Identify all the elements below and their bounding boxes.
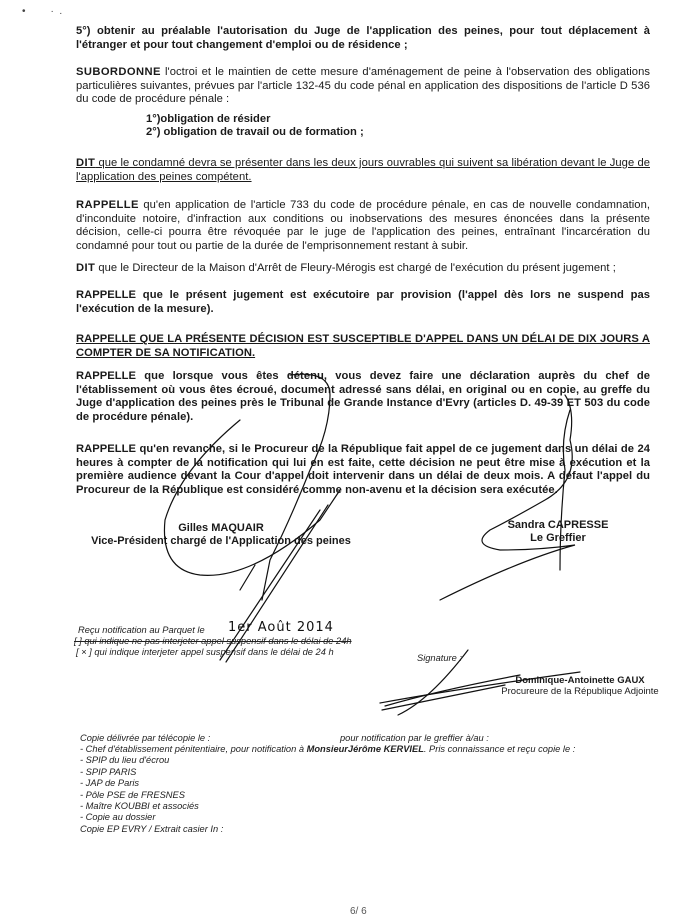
judge-title: Vice-Président chargé de l'Application d… — [76, 535, 366, 548]
subordonne-lead: SUBORDONNE — [76, 66, 161, 78]
notification-label: pour notification par le greffier à/au : — [340, 733, 489, 744]
dit-lead-1: DIT — [76, 157, 95, 169]
dit-text-2: que le Directeur de la Maison d'Arrêt de… — [95, 262, 616, 274]
distribution-item: - SPIP du lieu d'écrou — [80, 755, 575, 766]
distribution-item: - Maître KOUBBI et associés — [80, 801, 575, 812]
clerk-signature-block: Sandra CAPRESSE Le Greffier — [488, 519, 628, 545]
parquet-option-1: [ ] qui indique ne pas interjeter appel … — [74, 636, 352, 647]
recipient-name: MonsieurJérôme KERVIEL — [307, 744, 424, 754]
prosecutor-name: Dominique-Antoinette GAUX — [495, 675, 665, 686]
page-number: 6/ 6 — [350, 906, 367, 917]
parquet-option-2: [ × ] qui indique interjeter appel suspe… — [76, 647, 334, 658]
obligation-1: 1°)obligation de résider — [146, 113, 270, 127]
clerk-name: Sandra CAPRESSE — [488, 519, 628, 532]
judge-name: Gilles MAQUAIR — [76, 522, 366, 535]
clause-5: 5°) obtenir au préalable l'autorisation … — [76, 25, 650, 52]
distribution-item: - SPIP PARIS — [80, 767, 575, 778]
checked-box: [ × ] — [76, 647, 92, 657]
rappelle-paragraph-3: RAPPELLE QUE LA PRÉSENTE DÉCISION EST SU… — [76, 333, 650, 360]
distribution-item: - Pôle PSE de FRESNES — [80, 790, 575, 801]
signature-label: Signature : — [417, 653, 462, 664]
parquet-received-label: Reçu notification au Parquet le — [78, 625, 205, 636]
distribution-item-text: - Chef d'établissement pénitentiaire, po… — [80, 744, 307, 754]
dit-text-1: que le condamné devra se présenter dans … — [76, 157, 650, 183]
rappelle-paragraph-5: RAPPELLE qu'en revanche, si le Procureur… — [76, 443, 650, 497]
fax-copy-label: Copie délivrée par télécopie le : — [80, 733, 210, 744]
handwritten-date: 1er Août 2014 — [228, 620, 334, 635]
distribution-item: - JAP de Paris — [80, 778, 575, 789]
prosecutor-title: Procureure de la République Adjointe — [495, 686, 665, 697]
obligation-2: 2°) obligation de travail ou de formatio… — [146, 126, 364, 140]
dit-paragraph-2: DIT que le Directeur de la Maison d'Arrê… — [76, 262, 650, 276]
distribution-footer: Copie EP EVRY / Extrait casier In : — [80, 824, 575, 835]
distribution-item: - Chef d'établissement pénitentiaire, po… — [80, 744, 575, 755]
subordonne-text: l'octroi et le maintien de cette mesure … — [76, 66, 650, 105]
document-page: • · . 5°) obtenir au préalable l'autoris… — [0, 0, 673, 922]
rappelle-text-1: qu'en application de l'article 733 du co… — [76, 199, 650, 252]
judge-signature-block: Gilles MAQUAIR Vice-Président chargé de … — [76, 522, 366, 548]
distribution-list: - Chef d'établissement pénitentiaire, po… — [80, 744, 575, 835]
parquet-option-2-text: qui indique interjeter appel suspensif d… — [92, 647, 334, 657]
dit-paragraph-1: DIT que le condamné devra se présenter d… — [76, 157, 650, 184]
prosecutor-signature-block: Dominique-Antoinette GAUX Procureure de … — [495, 675, 665, 697]
distribution-item-suffix: . Pris connaissance et reçu copie le : — [424, 744, 575, 754]
dit-lead-2: DIT — [76, 262, 95, 274]
clerk-title: Le Greffier — [488, 532, 628, 545]
rappelle-paragraph-1: RAPPELLE qu'en application de l'article … — [76, 199, 650, 253]
rappelle-paragraph-4: RAPPELLE que lorsque vous êtes détenu, v… — [76, 370, 650, 424]
rappelle-paragraph-2: RAPPELLE que le présent jugement est exé… — [76, 289, 650, 316]
distribution-item: - Copie au dossier — [80, 812, 575, 823]
subordonne-paragraph: SUBORDONNE l'octroi et le maintien de ce… — [76, 66, 650, 107]
rappelle-lead-1: RAPPELLE — [76, 199, 139, 211]
scan-artifact: • · . — [22, 6, 62, 17]
